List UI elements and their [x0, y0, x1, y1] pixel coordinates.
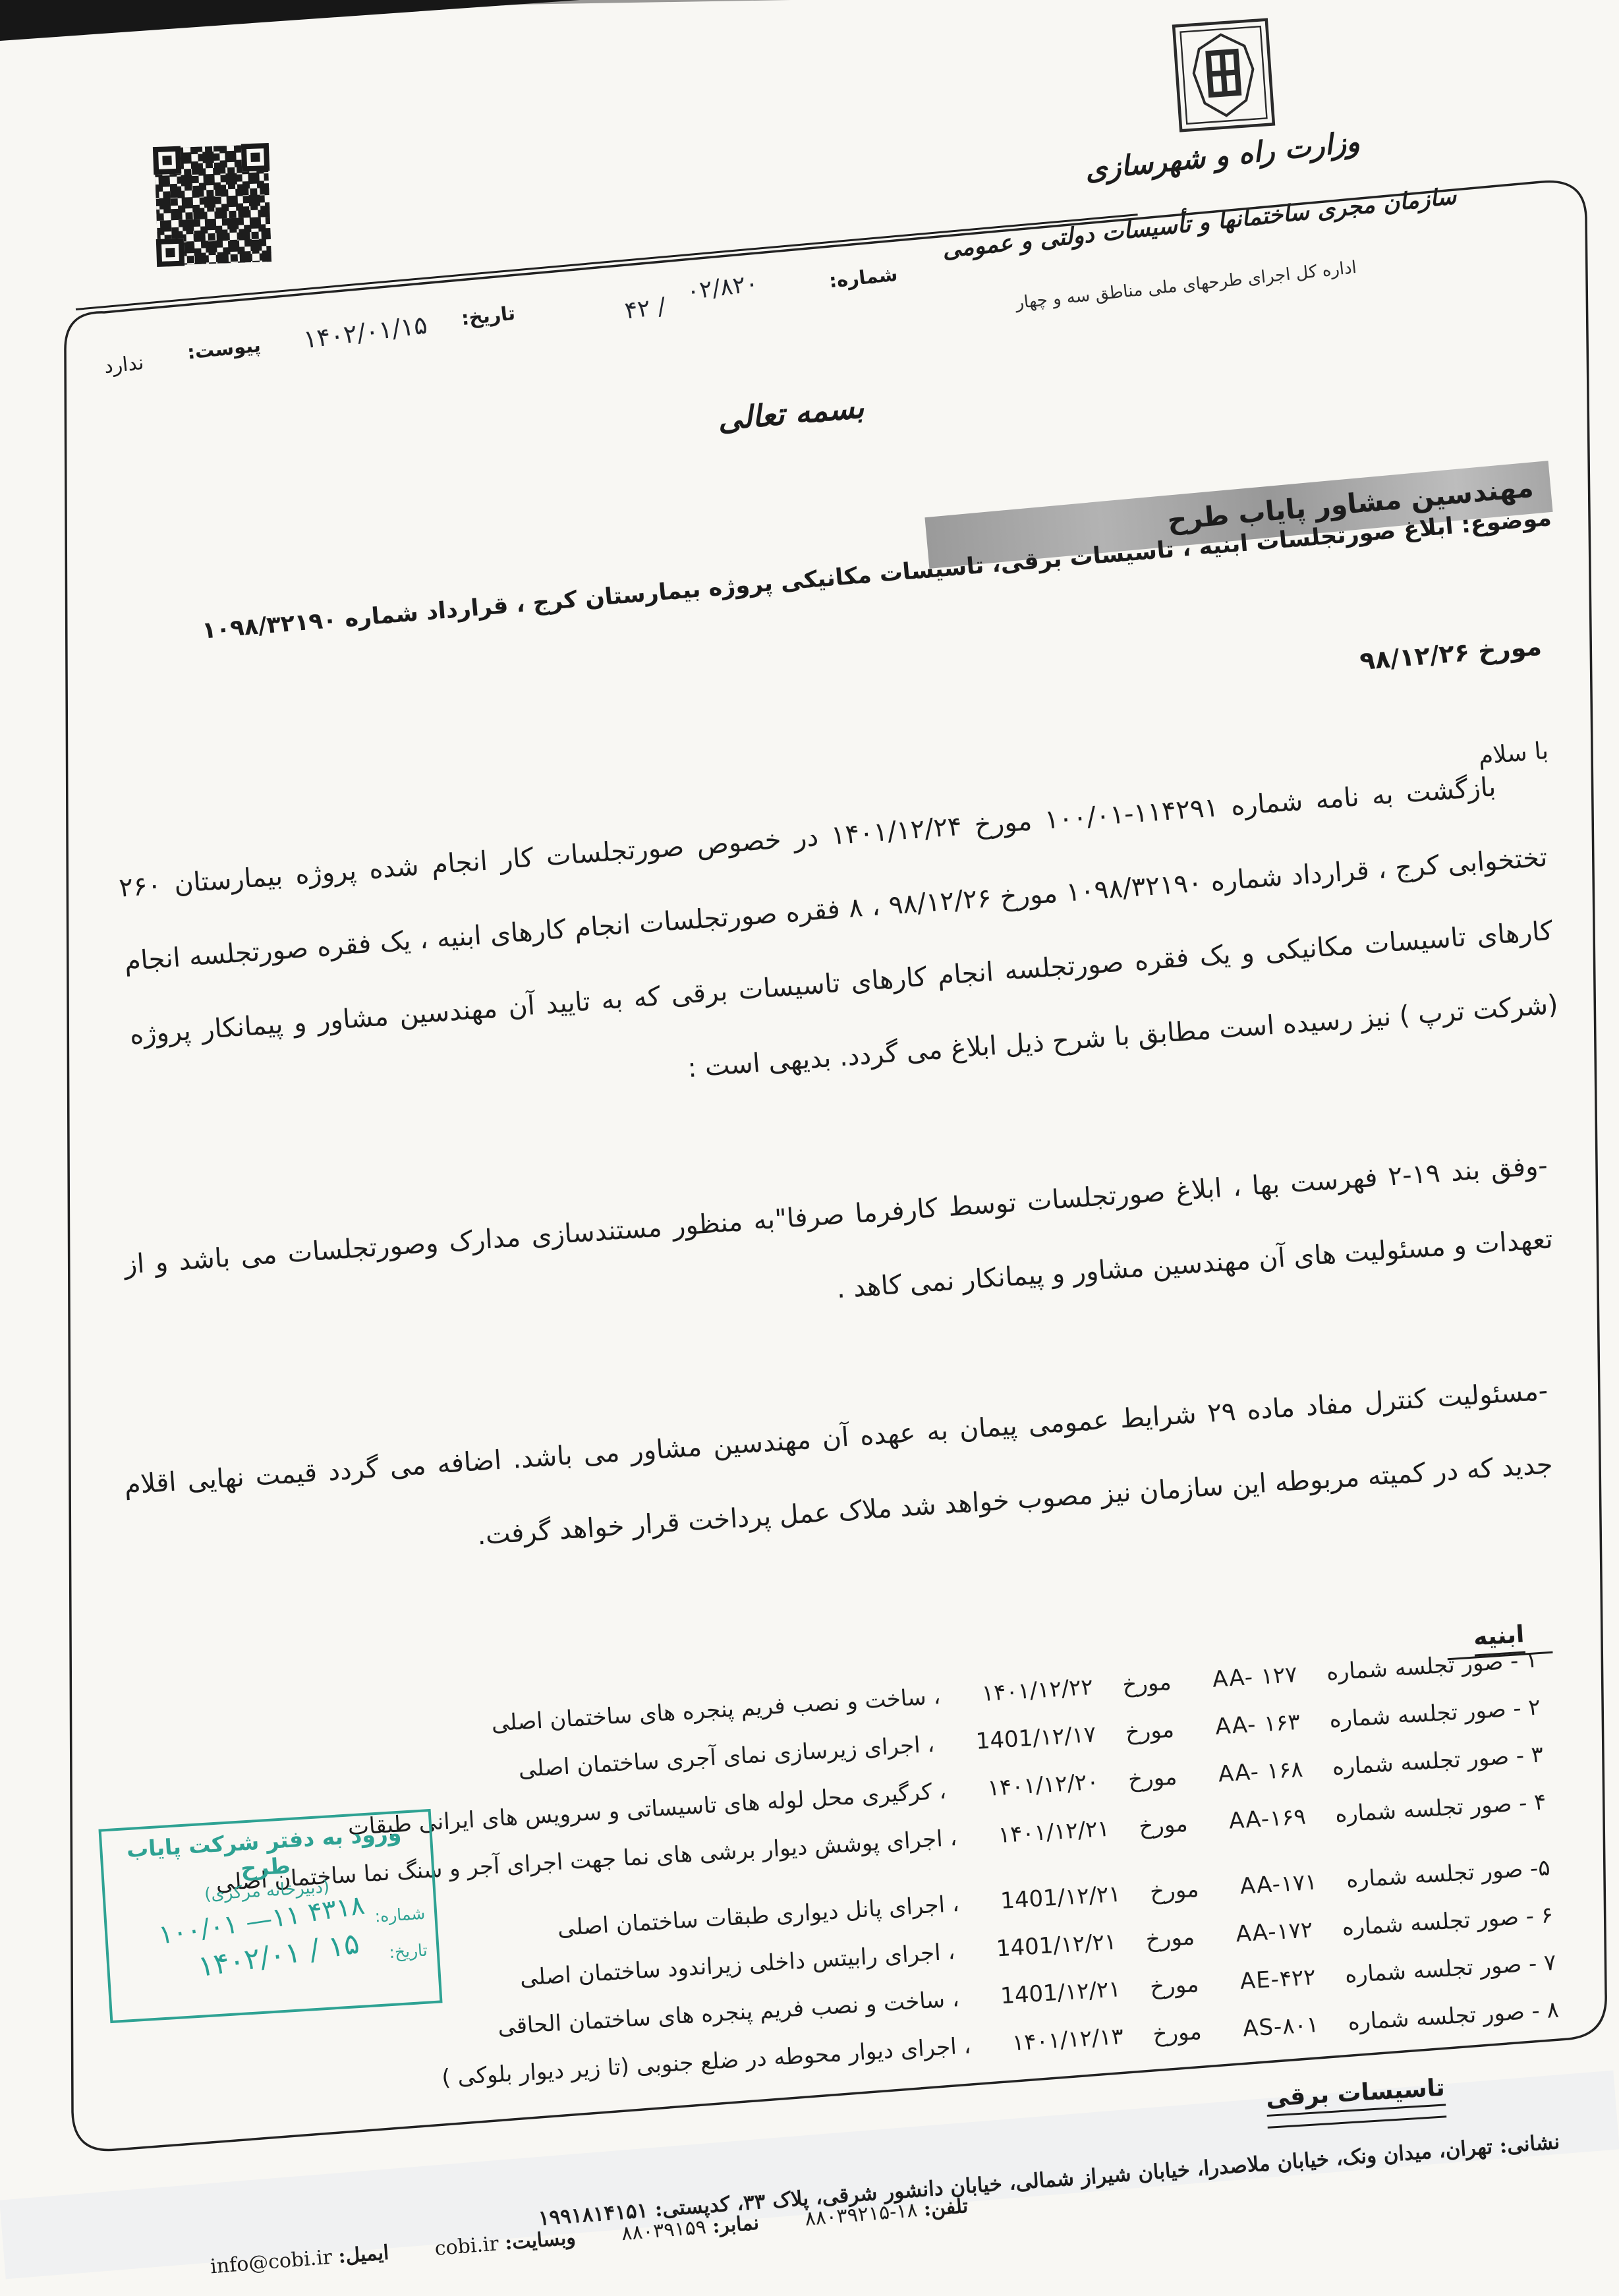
item-date: 1401/۱۲/۲۱	[996, 1928, 1118, 1962]
item-code: AA- ۱۲۷	[1211, 1651, 1299, 1703]
item-prefix: صور تجلسه شماره	[1328, 1696, 1506, 1733]
item-number: ۱ -	[1510, 1647, 1539, 1675]
item-code: AA-۱۷۱	[1239, 1859, 1319, 1910]
item-date: 1401/۱۲/۱۷	[975, 1721, 1097, 1755]
item-number: ۴ -	[1518, 1789, 1547, 1816]
item-code: AA-۱۶۹	[1228, 1794, 1307, 1845]
item-code: AA- ۱۶۸	[1217, 1746, 1305, 1798]
item-morekh: مورخ	[1149, 1876, 1199, 1905]
item-prefix: صور تجلسه شماره	[1332, 1744, 1510, 1781]
item-date: 1401/۱۲/۲۱	[1000, 1976, 1122, 2009]
section-heading-electrical: تاسیسات برقی	[1264, 2065, 1446, 2128]
item-morekh: مورخ	[1125, 1716, 1175, 1745]
item-date: 1401/۱۲/۲۱	[1000, 1881, 1122, 1914]
item-prefix: صور تجلسه شماره	[1344, 1951, 1522, 1988]
stamp-number-label: شماره:	[374, 1904, 426, 1926]
item-prefix: صور تجلسه شماره	[1342, 1904, 1520, 1941]
item-number: ۵-	[1529, 1854, 1551, 1882]
item-number: ۶ -	[1525, 1902, 1554, 1930]
item-morekh: مورخ	[1122, 1669, 1172, 1698]
item-morekh: مورخ	[1145, 1924, 1195, 1953]
item-prefix: صور تجلسه شماره	[1347, 1999, 1525, 2036]
item-morekh: مورخ	[1149, 1971, 1199, 2000]
item-code: AS-۸۰۱	[1241, 2001, 1320, 2052]
item-morekh: مورخ	[1152, 2019, 1202, 2048]
item-morekh: مورخ	[1127, 1764, 1178, 1793]
item-date: ۱۴۰۱/۱۲/۲۱	[998, 1816, 1110, 1849]
receive-stamp: ورود به دفتر شرکت پایاب طرح (دبیرخانه مر…	[98, 1809, 442, 2023]
item-prefix: صور تجلسه شماره	[1346, 1856, 1523, 1893]
item-number: ۲ -	[1512, 1694, 1541, 1721]
item-prefix: صور تجلسه شماره	[1334, 1791, 1512, 1827]
stamp-date-label: تاریخ:	[389, 1941, 428, 1962]
item-number: ۳ -	[1515, 1741, 1544, 1769]
item-morekh: مورخ	[1138, 1810, 1188, 1839]
item-date: ۱۴۰۱/۱۲/۲۲	[981, 1674, 1094, 1707]
item-date: ۱۴۰۱/۱۲/۱۳	[1011, 2023, 1124, 2056]
item-code: AE-۴۲۲	[1239, 1954, 1317, 2005]
email-label: ایمیل:	[337, 2241, 389, 2268]
scanned-letter-page: وزارت راه و شهرسازی سازمان مجری ساختمانه…	[0, 0, 1619, 2296]
phone-label: تلفن:	[923, 2195, 969, 2221]
item-code: AA-۱۷۲	[1234, 1907, 1314, 1957]
item-prefix: صور تجلسه شماره	[1326, 1649, 1504, 1686]
fax-label: نمابر:	[712, 2212, 760, 2239]
item-date: ۱۴۰۱/۱۲/۲۰	[987, 1769, 1100, 1802]
item-code: AA- ۱۶۳	[1214, 1699, 1301, 1750]
item-number: ۷ -	[1528, 1949, 1557, 1977]
item-number: ۸ -	[1531, 1997, 1560, 2024]
